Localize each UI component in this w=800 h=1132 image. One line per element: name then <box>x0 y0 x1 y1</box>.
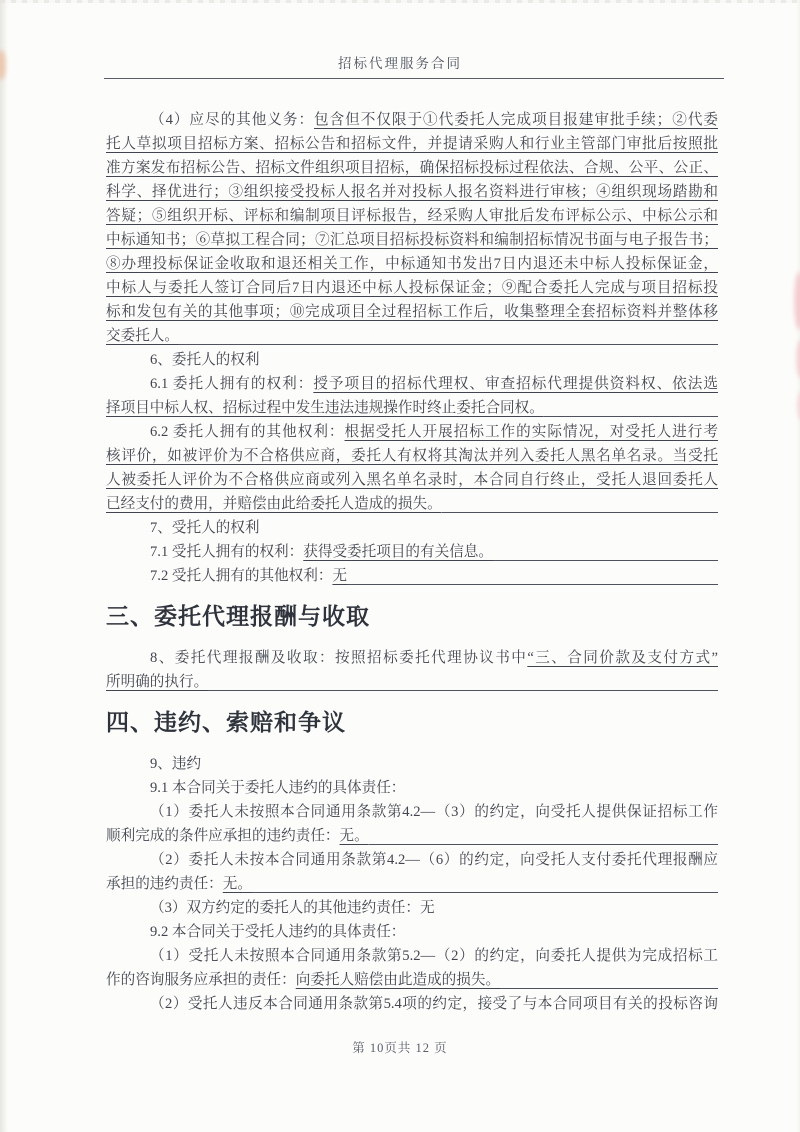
blank-underline <box>179 344 718 345</box>
blank-underline <box>369 844 718 845</box>
contract-line: 7.1 受托人拥有的权利：获得受委托项目的有关信息。 <box>106 540 718 564</box>
blank-underline <box>208 690 718 691</box>
filled-blank-text: 向委托人赔偿由此造成的损失。 <box>296 968 500 992</box>
text-segment: （1）委托人未按照本合同通用条款第4.2—（3）的约定，向受托人提供保证招标工作 <box>150 804 718 820</box>
text-segment: （2）委托人未按本合同通用条款第4.2—（6）的约定，向受托人支付委托代理报酬应 <box>150 852 718 868</box>
contract-line: 准方案发布招标公告、招标文件组织项目招标，确保招标投标过程依法、合规、公平、公正… <box>106 156 718 180</box>
filled-blank-text: ⑧办理投标保证金收取和退还相关工作，中标通知书发出7日内退还未中标人投标保证金， <box>106 256 718 272</box>
filled-blank-text: 无 <box>332 564 347 588</box>
contract-line: 7.2 受托人拥有的其他权利：无 <box>106 564 718 588</box>
contract-line: 中标人与委托人签订合同后7日内退还中标人投标保证金；⑨配合委托人完成与项目招标投 <box>106 276 718 300</box>
filled-blank-text: 科学、择优进行；③组织接受投标人报名并对投标人报名资料进行审核；④组织现场踏勘和 <box>106 184 718 200</box>
text-segment: 6、委托人的权利 <box>150 352 259 368</box>
contract-line: 核评价，如被评价为不合格供应商，委托人有权将其淘汰并列入委托人黑名单名录。当受托 <box>106 444 718 468</box>
contract-line: 9.1 本合同关于委托人违约的具体责任： <box>106 776 718 800</box>
filled-blank-text: 人被委托人评价为不合格供应商或列入黑名单名录时，本合同自行终止，受托人退回委托人 <box>106 472 718 488</box>
blank-underline <box>252 892 718 893</box>
contract-line: 科学、择优进行；③组织接受投标人报名并对投标人报名资料进行审核；④组织现场踏勘和 <box>106 180 718 204</box>
contract-line: （4）应尽的其他义务：包含但不仅限于①代委托人完成项目报建审批手续；②代委 <box>106 108 718 132</box>
filled-blank-text: “三、合同价款及支付方式” <box>527 650 718 666</box>
filled-blank-text: 已经支付的费用，并赔偿由此给委托人造成的损失。 <box>106 492 442 516</box>
text-segment: 6.1 委托人拥有的权利： <box>150 376 313 392</box>
text-segment: 7.2 受托人拥有的其他权利： <box>150 564 332 588</box>
blank-underline <box>493 560 718 561</box>
filled-blank-text: 所明确的执行。 <box>106 670 208 694</box>
filled-blank-text: 中标人与委托人签订合同后7日内退还中标人投标保证金；⑨配合委托人完成与项目招标投 <box>106 280 718 296</box>
filled-blank-text: 核评价，如被评价为不合格供应商，委托人有权将其淘汰并列入委托人黑名单名录。当受托 <box>106 448 718 464</box>
contract-line: 人被委托人评价为不合格供应商或列入黑名单名录时，本合同自行终止，受托人退回委托人 <box>106 468 718 492</box>
scan-edge-left <box>0 0 8 1132</box>
page-header-title: 招标代理服务合同 <box>0 52 800 72</box>
text-segment: 承担的违约责任： <box>106 872 223 896</box>
text-segment: 9.2 本合同关于受托人违约的具体责任： <box>150 924 405 940</box>
contract-line: 承担的违约责任：无。 <box>106 872 718 896</box>
contract-line: 作的咨询服务应承担的责任：向委托人赔偿由此造成的损失。 <box>106 968 718 992</box>
header-divider <box>104 78 724 79</box>
filled-blank-text: 根据受托人开展招标工作的实际情况，对受托人进行考 <box>345 424 718 440</box>
contract-line: 标和发包有关的其他事项；⑩完成项目全过程招标工作后，收集整理全套招标资料并整体移 <box>106 300 718 324</box>
blank-underline <box>442 512 718 513</box>
contract-line: 择项目中标人权、招标过程中发生违法违规操作时终止委托合同权。 <box>106 396 718 420</box>
scan-edge-right <box>796 0 800 1132</box>
text-segment: （3）双方约定的委托人的其他违约责任：无 <box>150 900 435 916</box>
section-heading: 四、违约、索赔和争议 <box>106 708 718 738</box>
contract-line: 9.2 本合同关于受托人违约的具体责任： <box>106 920 718 944</box>
filled-blank-text: 获得受委托项目的有关信息。 <box>303 540 493 564</box>
filled-blank-text: 准方案发布招标公告、招标文件组织项目招标，确保招标投标过程依法、合规、公平、公正… <box>106 160 718 176</box>
contract-line: 已经支付的费用，并赔偿由此给委托人造成的损失。 <box>106 492 718 516</box>
contract-line: （1）受托人未按照本合同通用条款第5.2—（2）的约定，向委托人提供为完成招标工 <box>106 944 718 968</box>
contract-line: 9、违约 <box>106 752 718 776</box>
text-segment: （1）受托人未按照本合同通用条款第5.2—（2）的约定，向委托人提供为完成招标工 <box>150 948 718 964</box>
text-segment: 9.1 本合同关于委托人违约的具体责任： <box>150 780 405 796</box>
contract-line: （1）委托人未按照本合同通用条款第4.2—（3）的约定，向受托人提供保证招标工作 <box>106 800 718 824</box>
seal-residue-right-1 <box>794 272 800 330</box>
contract-line: 6.1 委托人拥有的权利：授予项目的招标代理权、审查招标代理提供资料权、依法选 <box>106 372 718 396</box>
filled-blank-text: 无。 <box>340 824 369 848</box>
text-segment: （4）应尽的其他义务： <box>150 112 314 128</box>
contract-line: 7、受托人的权利 <box>106 516 718 540</box>
filled-blank-text: 授予项目的招标代理权、审查招标代理提供资料权、依法选 <box>313 376 718 392</box>
text-segment: 7.1 受托人拥有的权利： <box>150 540 303 564</box>
contract-line: 6、委托人的权利 <box>106 348 718 372</box>
filled-blank-text: 托人草拟项目招标方案、招标公告和招标文件，并提请采购人和行业主管部门审批后按照批 <box>106 136 718 152</box>
contract-line: 交委托人。 <box>106 324 718 348</box>
text-segment: 7、受托人的权利 <box>150 520 259 536</box>
contract-line: 中标通知书；⑥草拟工程合同；⑦汇总项目招标投标资料和编制招标情况书面与电子报告书… <box>106 228 718 252</box>
contract-line: 顺利完成的条件应承担的违约责任：无。 <box>106 824 718 848</box>
text-segment: 9、违约 <box>150 756 201 772</box>
text-segment: （2）受托人违反本合同通用条款第5.4项的约定，接受了与本合同项目有关的投标咨询 <box>150 996 718 1012</box>
text-segment: 四、违约、索赔和争议 <box>106 710 346 735</box>
contract-line: （3）双方约定的委托人的其他违约责任：无 <box>106 896 718 920</box>
blank-underline <box>347 584 718 585</box>
contract-line: 所明确的执行。 <box>106 670 718 694</box>
filled-blank-text: 择项目中标人权、招标过程中发生违法违规操作时终止委托合同权。 <box>106 396 544 420</box>
contract-line: 8、委托代理报酬及收取：按照招标委托代理协议书中“三、合同价款及支付方式” <box>106 646 718 670</box>
blank-underline <box>544 416 718 417</box>
scan-edge-top <box>0 0 800 3</box>
filled-blank-text: 交委托人。 <box>106 324 179 348</box>
filled-blank-text: 中标通知书；⑥草拟工程合同；⑦汇总项目招标投标资料和编制招标情况书面与电子报告书… <box>106 232 718 248</box>
contract-line: （2）委托人未按本合同通用条款第4.2—（6）的约定，向受托人支付委托代理报酬应 <box>106 848 718 872</box>
contract-line: 托人草拟项目招标方案、招标公告和招标文件，并提请采购人和行业主管部门审批后按照批 <box>106 132 718 156</box>
text-segment: 三、委托代理报酬与收取 <box>106 604 370 629</box>
section-heading: 三、委托代理报酬与收取 <box>106 602 718 632</box>
document-body: （4）应尽的其他义务：包含但不仅限于①代委托人完成项目报建审批手续；②代委托人草… <box>106 108 718 1016</box>
blank-underline <box>500 988 718 989</box>
filled-blank-text: 标和发包有关的其他事项；⑩完成项目全过程招标工作后，收集整理全套招标资料并整体移 <box>106 304 718 320</box>
page-number-footer: 第 10页共 12 页 <box>0 1038 800 1056</box>
contract-line: （2）受托人违反本合同通用条款第5.4项的约定，接受了与本合同项目有关的投标咨询 <box>106 992 718 1016</box>
filled-blank-text: 包含但不仅限于①代委托人完成项目报建审批手续；②代委 <box>314 112 718 128</box>
contract-line: ⑧办理投标保证金收取和退还相关工作，中标通知书发出7日内退还未中标人投标保证金， <box>106 252 718 276</box>
filled-blank-text: 答疑；⑤组织开标、评标和编制项目评标报告，经采购人审批后发布评标公示、中标公示和 <box>106 208 718 224</box>
text-segment: 作的咨询服务应承担的责任： <box>106 968 296 992</box>
text-segment: 顺利完成的条件应承担的违约责任： <box>106 824 340 848</box>
scanned-contract-page: 招标代理服务合同 （4）应尽的其他义务：包含但不仅限于①代委托人完成项目报建审批… <box>0 0 800 1132</box>
text-segment: 8、委托代理报酬及收取：按照招标委托代理协议书中 <box>150 650 527 666</box>
contract-line: 6.2 委托人拥有的其他权利：根据受托人开展招标工作的实际情况，对受托人进行考 <box>106 420 718 444</box>
seal-residue-right-2 <box>796 340 800 378</box>
contract-line: 答疑；⑤组织开标、评标和编制项目评标报告，经采购人审批后发布评标公示、中标公示和 <box>106 204 718 228</box>
text-segment: 6.2 委托人拥有的其他权利： <box>150 424 345 440</box>
filled-blank-text: 无。 <box>223 872 252 896</box>
